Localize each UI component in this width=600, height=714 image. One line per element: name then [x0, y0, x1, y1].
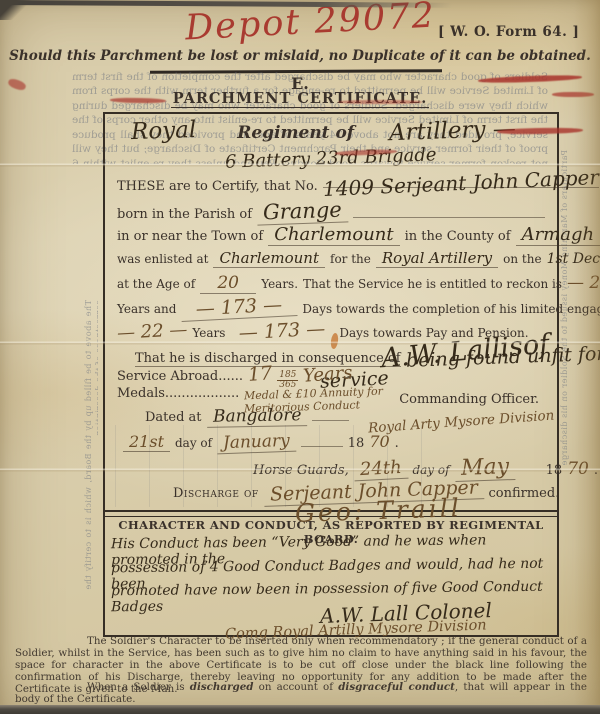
enlisted-at-label: was enlisted at — [117, 252, 208, 266]
date-row: 21st day of January 1870 . — [123, 430, 399, 453]
parish-row: born in the Parish of Grange — [117, 199, 545, 224]
period: . — [395, 436, 399, 451]
parchment-certificate-document: Soldiers of good character who may be di… — [0, 0, 600, 714]
red-ink-mark — [497, 127, 583, 135]
certificate-title: PARCHMENT CERTIFICATE. — [0, 90, 600, 107]
certify-label: THESE are to Certify, that No. — [117, 179, 318, 194]
blank-line: 1409 Serjeant John Capper — [323, 171, 599, 188]
fold-crease — [0, 163, 600, 167]
service-abroad-unit-handwriting: Years — [303, 362, 354, 386]
engagement-row: Years and — 173 — Days towards the compl… — [117, 296, 545, 319]
years-word-label: Years — [192, 326, 225, 340]
county-label: in the County of — [405, 229, 511, 244]
caution-line: Should this Parchment be lost or mislaid… — [0, 48, 600, 64]
blank-line — [301, 430, 343, 447]
town-handwriting: Charlemount — [268, 224, 399, 246]
scan-edge-bottom — [0, 705, 600, 714]
blank-line — [312, 404, 349, 421]
regiment-of-label: Regiment of — [237, 123, 354, 143]
enlisted-place-handwriting: Charlemount — [213, 249, 325, 268]
engagement-label: Days towards the completion of his limit… — [302, 302, 600, 316]
dated-at-label: Dated at — [145, 410, 202, 425]
town-label: in or near the Town of — [117, 229, 263, 244]
service-abroad-label: Service Abroad...... — [117, 369, 243, 384]
soldier-number-name-handwriting: 1409 Serjeant John Capper — [322, 165, 599, 201]
battery-brigade-handwriting: 6 Battery 23rd Brigade — [225, 144, 437, 172]
years-and-label: Years and — [117, 302, 176, 316]
dated-place-handwriting: Bangalore — [206, 405, 307, 428]
parish-handwriting: Grange — [257, 197, 349, 225]
footer-para2-italic-2: disgraceful conduct — [338, 681, 455, 693]
town-county-row: in or near the Town of Charlemount in th… — [117, 224, 545, 246]
age-label: at the Age of — [117, 277, 195, 291]
commanding-officer-title: Commanding Officer. — [399, 392, 539, 407]
medals-label: Medals.................. — [117, 386, 239, 401]
form-reference: [ W. O. Form 64. ] — [438, 24, 579, 40]
month-handwriting: January — [217, 431, 296, 455]
fold-crease — [0, 341, 600, 345]
days-engagement-handwriting: — 173 — — [181, 293, 298, 322]
red-ink-mark — [338, 100, 422, 104]
regiment-prefix-handwriting: Royal — [131, 117, 197, 145]
discharge-of-label: Discharge of — [173, 486, 259, 501]
certificate-border-box: Royal Regiment of Artillery — 6 Battery … — [103, 112, 559, 637]
day-of-label: day of — [175, 436, 212, 450]
day-handwriting: 21st — [123, 432, 170, 452]
age-reckon-row: at the Age of 20 Years. That the Service… — [117, 273, 545, 294]
dated-at-row: Dated at Bangalore — [145, 404, 349, 427]
certificate-title-text: PARCHMENT CERTIFICATE. — [171, 90, 430, 108]
corps-handwriting: Royal Artillery — [376, 249, 498, 268]
age-handwriting: 20 — [200, 273, 256, 294]
confirmation-signature: Geo: Traill — [295, 493, 463, 528]
footer-disgraceful-paragraph: When a Soldier is discharged on account … — [15, 682, 587, 706]
reckon-label: That the Service he is entitled to recko… — [303, 277, 562, 291]
footer-para2-pre: When a Soldier is — [87, 681, 190, 693]
certify-row: THESE are to Certify, that No. 1409 Serj… — [117, 171, 545, 194]
scan-corner-top-left — [0, 0, 34, 20]
for-the-label: for the — [330, 252, 371, 266]
year-prefix-label: 18 — [348, 436, 365, 451]
enlisted-row: was enlisted at Charlemount for the Roya… — [117, 249, 545, 268]
fold-crease — [0, 468, 600, 472]
on-the-label: on the — [503, 252, 541, 266]
right-edge-shadow — [574, 0, 600, 714]
service-abroad-years-handwriting: 17 — [247, 362, 273, 386]
footer-para2-italic-1: discharged — [190, 681, 254, 693]
footer-para2-mid: on account of — [253, 681, 338, 693]
confirmed-label: confirmed. — [488, 486, 559, 501]
regiment-row: Royal Regiment of Artillery — — [117, 118, 545, 144]
year-handwriting: 70 — [369, 432, 389, 451]
born-parish-label: born in the Parish of — [117, 207, 252, 222]
blank-line — [353, 201, 545, 218]
years-label: Years. — [261, 277, 298, 291]
